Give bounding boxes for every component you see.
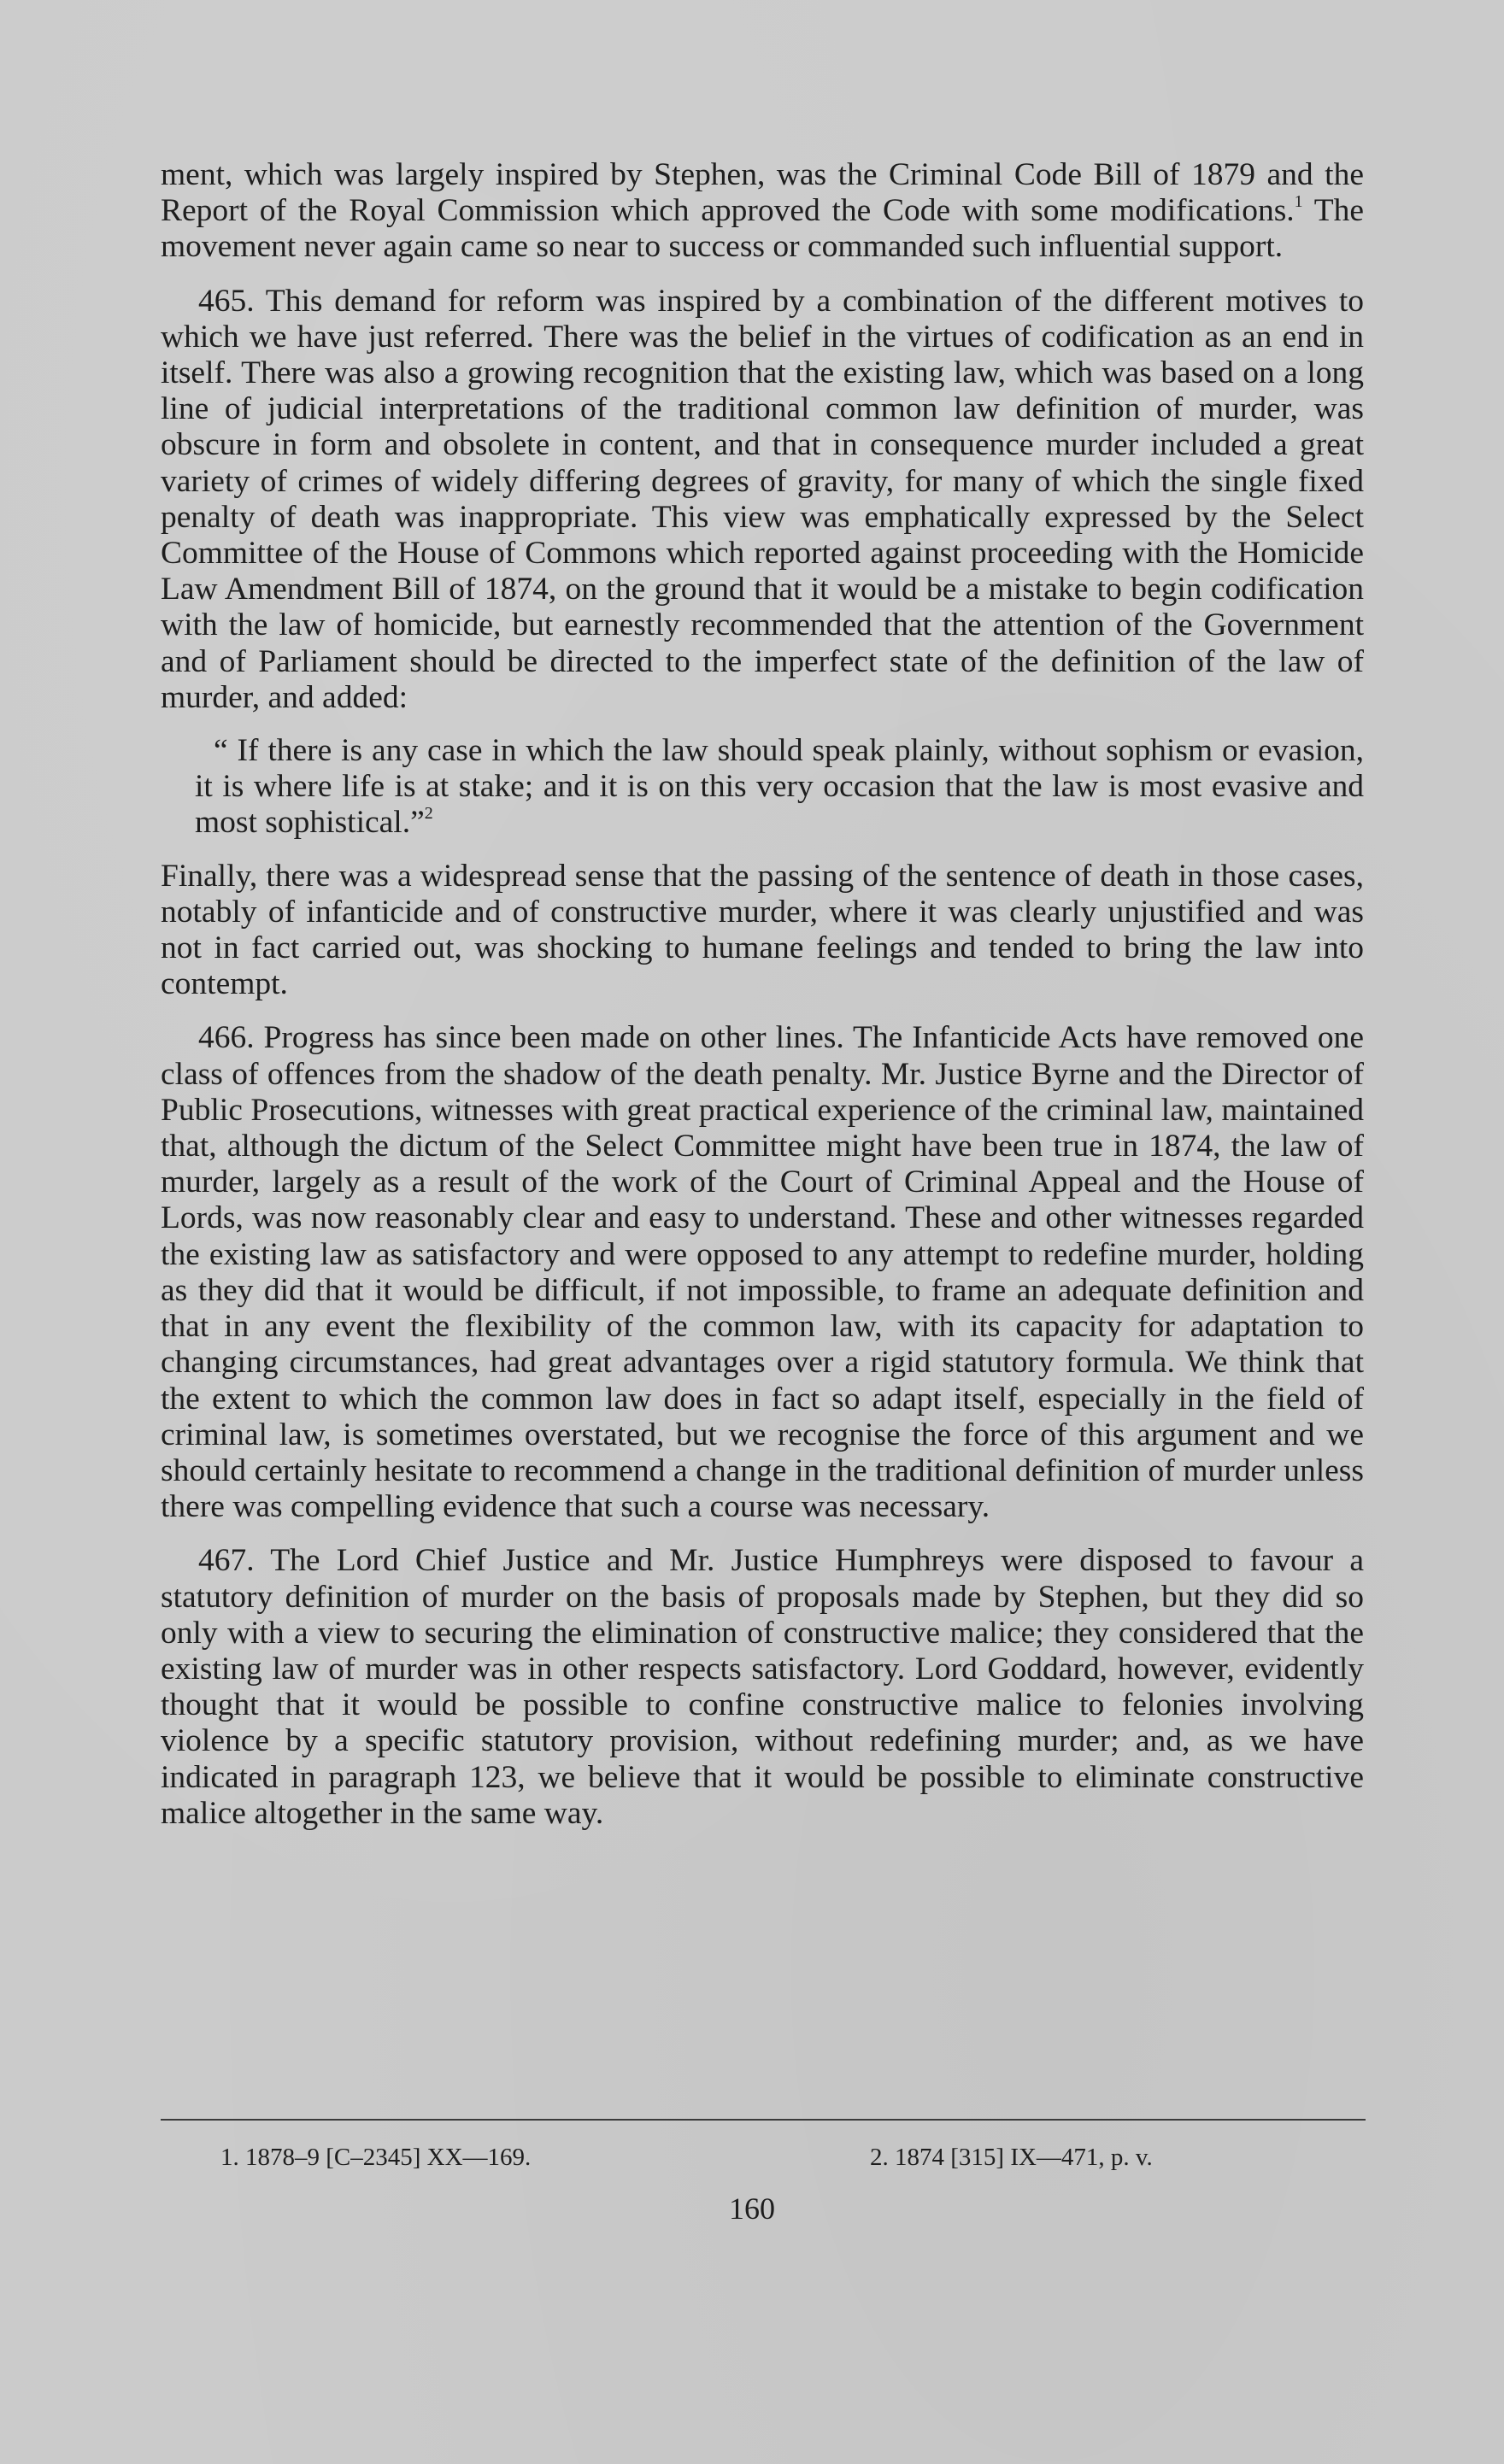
body-text: ment, which was largely inspired by Step… bbox=[161, 157, 1364, 1832]
paragraph-text: This demand for reform was inspired by a… bbox=[161, 284, 1364, 715]
footnote-1: 1. 1878–9 [C–2345] XX—169. bbox=[220, 2143, 531, 2172]
paragraph-number: 466. bbox=[198, 1020, 255, 1055]
paragraph-text: ment, which was largely inspired by Step… bbox=[161, 157, 1364, 228]
paragraph-text: The Lord Chief Justice and Mr. Justice H… bbox=[161, 1543, 1364, 1830]
paragraph-number: 465. bbox=[198, 284, 255, 319]
footnote-divider bbox=[161, 2119, 1366, 2121]
paragraph-465-continuation: Finally, there was a widespread sense th… bbox=[161, 859, 1364, 1003]
quote-text: “ If there is any case in which the law … bbox=[195, 733, 1364, 840]
paragraph-continuation: ment, which was largely inspired by Step… bbox=[161, 157, 1364, 266]
paragraph-text: Finally, there was a widespread sense th… bbox=[161, 859, 1364, 1002]
block-quote: “ If there is any case in which the law … bbox=[195, 733, 1364, 842]
paragraph-text: Progress has since been made on other li… bbox=[161, 1020, 1364, 1524]
footnote-marker: 1 bbox=[1295, 192, 1303, 211]
footnote-2: 2. 1874 [315] IX—471, p. v. bbox=[870, 2143, 1153, 2172]
paragraph-467: 467. The Lord Chief Justice and Mr. Just… bbox=[161, 1543, 1364, 1832]
footnote-marker: 2 bbox=[425, 804, 433, 823]
paragraph-466: 466. Progress has since been made on oth… bbox=[161, 1020, 1364, 1525]
paragraph-465: 465. This demand for reform was inspired… bbox=[161, 284, 1364, 716]
paragraph-number: 467. bbox=[198, 1543, 255, 1578]
page-number: 160 bbox=[0, 2191, 1504, 2226]
document-page: ment, which was largely inspired by Step… bbox=[0, 0, 1504, 2464]
